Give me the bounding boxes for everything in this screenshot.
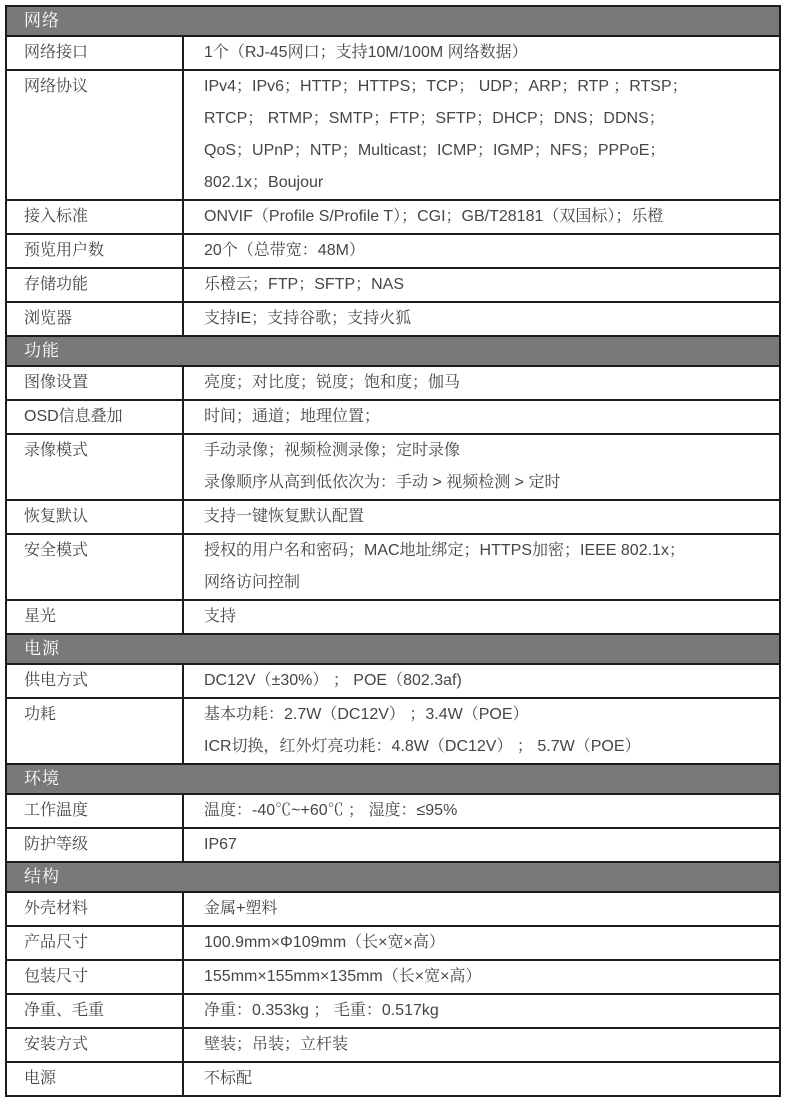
spec-value: 100.9mm×Φ109mm（长×宽×高）	[184, 927, 779, 959]
spec-label: 浏览器	[7, 303, 184, 335]
spec-row: 接入标准ONVIF（Profile S/Profile T）；CGI；GB/T2…	[7, 201, 779, 235]
spec-label: 星光	[7, 601, 184, 633]
section-header: 网络	[7, 7, 779, 37]
spec-value-line: 支持一键恢复默认配置	[204, 501, 769, 533]
spec-value: 手动录像；视频检测录像；定时录像录像顺序从高到低依次为：手动 > 视频检测 > …	[184, 435, 779, 499]
spec-label: 录像模式	[7, 435, 184, 499]
spec-value-line: 录像顺序从高到低依次为：手动 > 视频检测 > 定时	[204, 467, 769, 499]
spec-row: OSD信息叠加时间；通道；地理位置；	[7, 401, 779, 435]
spec-label: 网络接口	[7, 37, 184, 69]
spec-value-line: QoS；UPnP；NTP；Multicast；ICMP；IGMP；NFS；PPP…	[204, 135, 769, 167]
spec-label: 安装方式	[7, 1029, 184, 1061]
spec-label: 图像设置	[7, 367, 184, 399]
spec-row: 安全模式授权的用户名和密码；MAC地址绑定；HTTPS加密；IEEE 802.1…	[7, 535, 779, 601]
spec-row: 网络接口1个（RJ-45网口；支持10M/100M 网络数据）	[7, 37, 779, 71]
spec-row: 恢复默认支持一键恢复默认配置	[7, 501, 779, 535]
spec-value: 155mm×155mm×135mm（长×宽×高）	[184, 961, 779, 993]
spec-value-line: 支持IE；支持谷歌；支持火狐	[204, 303, 769, 335]
spec-label: 网络协议	[7, 71, 184, 199]
spec-row: 浏览器支持IE；支持谷歌；支持火狐	[7, 303, 779, 337]
spec-section: 结构外壳材料金属+塑料产品尺寸100.9mm×Φ109mm（长×宽×高）包装尺寸…	[7, 863, 779, 1095]
spec-label: 防护等级	[7, 829, 184, 861]
spec-section: 网络网络接口1个（RJ-45网口；支持10M/100M 网络数据）网络协议IPv…	[7, 7, 779, 337]
spec-value-line: 不标配	[204, 1063, 769, 1095]
spec-value: 净重：0.353kg ； 毛重：0.517kg	[184, 995, 779, 1027]
spec-value: 不标配	[184, 1063, 779, 1095]
spec-value-line: ICR切换，红外灯亮功耗：4.8W（DC12V） ； 5.7W（POE）	[204, 731, 769, 763]
spec-label: OSD信息叠加	[7, 401, 184, 433]
spec-section: 功能图像设置亮度；对比度；锐度；饱和度；伽马OSD信息叠加时间；通道；地理位置；…	[7, 337, 779, 635]
spec-value: 1个（RJ-45网口；支持10M/100M 网络数据）	[184, 37, 779, 69]
spec-row: 预览用户数20个（总带宽：48M）	[7, 235, 779, 269]
spec-label: 安全模式	[7, 535, 184, 599]
spec-label: 产品尺寸	[7, 927, 184, 959]
spec-row: 防护等级IP67	[7, 829, 779, 863]
spec-row: 录像模式手动录像；视频检测录像；定时录像录像顺序从高到低依次为：手动 > 视频检…	[7, 435, 779, 501]
spec-value-line: ONVIF（Profile S/Profile T）；CGI；GB/T28181…	[204, 201, 769, 233]
spec-value-line: 网络访问控制	[204, 567, 769, 599]
spec-value: 乐橙云；FTP；SFTP；NAS	[184, 269, 779, 301]
spec-label: 预览用户数	[7, 235, 184, 267]
spec-label: 功耗	[7, 699, 184, 763]
spec-value-line: 基本功耗：2.7W（DC12V） ；3.4W（POE）	[204, 699, 769, 731]
spec-label: 工作温度	[7, 795, 184, 827]
spec-label: 接入标准	[7, 201, 184, 233]
spec-value: 亮度；对比度；锐度；饱和度；伽马	[184, 367, 779, 399]
spec-value-line: IP67	[204, 829, 769, 861]
spec-label: 净重、毛重	[7, 995, 184, 1027]
spec-value: 支持一键恢复默认配置	[184, 501, 779, 533]
spec-value-line: 乐橙云；FTP；SFTP；NAS	[204, 269, 769, 301]
spec-row: 图像设置亮度；对比度；锐度；饱和度；伽马	[7, 367, 779, 401]
spec-value-line: RTCP； RTMP；SMTP；FTP；SFTP；DHCP；DNS；DDNS；	[204, 103, 769, 135]
spec-value: 金属+塑料	[184, 893, 779, 925]
spec-row: 网络协议IPv4；IPv6；HTTP；HTTPS；TCP； UDP；ARP；RT…	[7, 71, 779, 201]
spec-value: ONVIF（Profile S/Profile T）；CGI；GB/T28181…	[184, 201, 779, 233]
spec-value-line: 亮度；对比度；锐度；饱和度；伽马	[204, 367, 769, 399]
spec-section: 电源供电方式DC12V（±30%） ； POE（802.3af)功耗基本功耗：2…	[7, 635, 779, 765]
spec-row: 电源不标配	[7, 1063, 779, 1095]
spec-label: 供电方式	[7, 665, 184, 697]
spec-label: 电源	[7, 1063, 184, 1095]
spec-value: IPv4；IPv6；HTTP；HTTPS；TCP； UDP；ARP；RTP ；R…	[184, 71, 779, 199]
spec-label: 外壳材料	[7, 893, 184, 925]
spec-value: 20个（总带宽：48M）	[184, 235, 779, 267]
spec-label: 包装尺寸	[7, 961, 184, 993]
spec-value-line: 支持	[204, 601, 769, 633]
spec-value-line: 净重：0.353kg ； 毛重：0.517kg	[204, 995, 769, 1027]
spec-value: 时间；通道；地理位置；	[184, 401, 779, 433]
spec-value-line: 手动录像；视频检测录像；定时录像	[204, 435, 769, 467]
spec-value-line: 金属+塑料	[204, 893, 769, 925]
spec-value-line: DC12V（±30%） ； POE（802.3af)	[204, 665, 769, 697]
spec-value-line: 1个（RJ-45网口；支持10M/100M 网络数据）	[204, 37, 769, 69]
spec-row: 产品尺寸100.9mm×Φ109mm（长×宽×高）	[7, 927, 779, 961]
spec-row: 净重、毛重净重：0.353kg ； 毛重：0.517kg	[7, 995, 779, 1029]
spec-value: 授权的用户名和密码；MAC地址绑定；HTTPS加密；IEEE 802.1x；网络…	[184, 535, 779, 599]
spec-value: 基本功耗：2.7W（DC12V） ；3.4W（POE）ICR切换，红外灯亮功耗：…	[184, 699, 779, 763]
spec-value-line: 155mm×155mm×135mm（长×宽×高）	[204, 961, 769, 993]
spec-section: 环境工作温度温度：-40℃~+60℃ ； 湿度：≤95%防护等级IP67	[7, 765, 779, 863]
spec-value: IP67	[184, 829, 779, 861]
spec-row: 外壳材料金属+塑料	[7, 893, 779, 927]
spec-value-line: 20个（总带宽：48M）	[204, 235, 769, 267]
spec-value-line: 100.9mm×Φ109mm（长×宽×高）	[204, 927, 769, 959]
spec-value: DC12V（±30%） ； POE（802.3af)	[184, 665, 779, 697]
spec-value: 支持	[184, 601, 779, 633]
spec-value-line: 授权的用户名和密码；MAC地址绑定；HTTPS加密；IEEE 802.1x；	[204, 535, 769, 567]
spec-label: 存储功能	[7, 269, 184, 301]
spec-row: 存储功能乐橙云；FTP；SFTP；NAS	[7, 269, 779, 303]
spec-value-line: 温度：-40℃~+60℃ ； 湿度：≤95%	[204, 795, 769, 827]
spec-value-line: 时间；通道；地理位置；	[204, 401, 769, 433]
spec-row: 包装尺寸155mm×155mm×135mm（长×宽×高）	[7, 961, 779, 995]
spec-row: 供电方式DC12V（±30%） ； POE（802.3af)	[7, 665, 779, 699]
spec-value: 壁装；吊装；立杆装	[184, 1029, 779, 1061]
section-header: 环境	[7, 765, 779, 795]
section-header: 功能	[7, 337, 779, 367]
spec-value-line: IPv4；IPv6；HTTP；HTTPS；TCP； UDP；ARP；RTP ；R…	[204, 71, 769, 103]
section-header: 结构	[7, 863, 779, 893]
spec-table: 网络网络接口1个（RJ-45网口；支持10M/100M 网络数据）网络协议IPv…	[5, 5, 781, 1097]
spec-label: 恢复默认	[7, 501, 184, 533]
spec-value: 支持IE；支持谷歌；支持火狐	[184, 303, 779, 335]
section-header: 电源	[7, 635, 779, 665]
spec-row: 功耗基本功耗：2.7W（DC12V） ；3.4W（POE）ICR切换，红外灯亮功…	[7, 699, 779, 765]
spec-row: 安装方式壁装；吊装；立杆装	[7, 1029, 779, 1063]
spec-row: 工作温度温度：-40℃~+60℃ ； 湿度：≤95%	[7, 795, 779, 829]
spec-value-line: 802.1x；Boujour	[204, 167, 769, 199]
spec-value-line: 壁装；吊装；立杆装	[204, 1029, 769, 1061]
spec-row: 星光支持	[7, 601, 779, 635]
spec-value: 温度：-40℃~+60℃ ； 湿度：≤95%	[184, 795, 779, 827]
